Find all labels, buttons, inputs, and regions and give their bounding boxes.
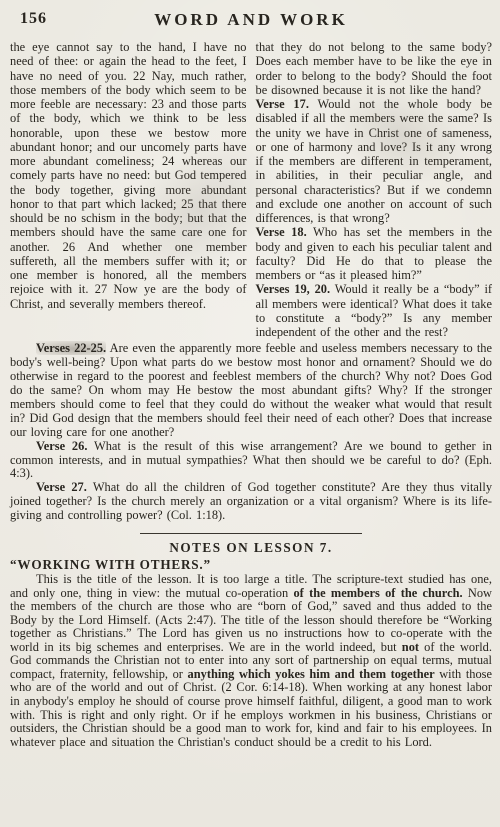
- notes-run-bold: of the members of the church.: [293, 586, 462, 600]
- question-paragraph: Verses 22-25. Are even the apparently mo…: [10, 342, 492, 439]
- journal-title: WORD AND WORK: [10, 8, 492, 30]
- two-column-section: the eye cannot say to the hand, I have n…: [10, 40, 492, 339]
- question-paragraph: Verse 27. What do all the children of Go…: [10, 481, 492, 523]
- verse-label: Verse 27.: [36, 480, 87, 494]
- page-number: 156: [20, 10, 47, 28]
- document-page: 156 WORD AND WORK the eye cannot say to …: [0, 0, 500, 827]
- verse-label: Verses 22-25.: [36, 341, 106, 355]
- verse-label: Verse 26.: [36, 439, 87, 453]
- question-paragraph: Verse 18. Who has set the members in the…: [256, 225, 493, 282]
- notes-run-bold: not: [402, 640, 419, 654]
- verse-question-text: Are even the apparently more feeble and …: [10, 341, 492, 438]
- question-paragraph: Verse 17. Would not the whole body be di…: [256, 97, 493, 225]
- right-column: that they do not belong to the same body…: [256, 40, 493, 339]
- section-divider: [140, 533, 362, 534]
- verse-label: Verse 18.: [256, 225, 307, 239]
- page-header: 156 WORD AND WORK: [10, 8, 492, 34]
- scripture-text: the eye cannot say to the hand, I have n…: [10, 40, 247, 311]
- notes-heading: NOTES ON LESSON 7.: [10, 540, 492, 556]
- notes-run-bold: anything which yokes him and them togeth…: [188, 667, 435, 681]
- question-paragraph: Verses 19, 20. Would it really be a “bod…: [256, 282, 493, 339]
- question-paragraph: that they do not belong to the same body…: [256, 40, 493, 97]
- notes-paragraph: This is the title of the lesson. It is t…: [10, 573, 492, 749]
- verse-label: Verse 17.: [256, 97, 309, 111]
- left-column: the eye cannot say to the hand, I have n…: [10, 40, 247, 339]
- verse-label: Verses 19, 20.: [256, 282, 331, 296]
- full-width-section: Verses 22-25. Are even the apparently mo…: [10, 342, 492, 523]
- lesson-title-heading: “WORKING WITH OTHERS.”: [10, 557, 492, 573]
- question-paragraph: Verse 26. What is the result of this wis…: [10, 440, 492, 482]
- verse-question-text: Would not the whole body be disabled if …: [256, 97, 493, 225]
